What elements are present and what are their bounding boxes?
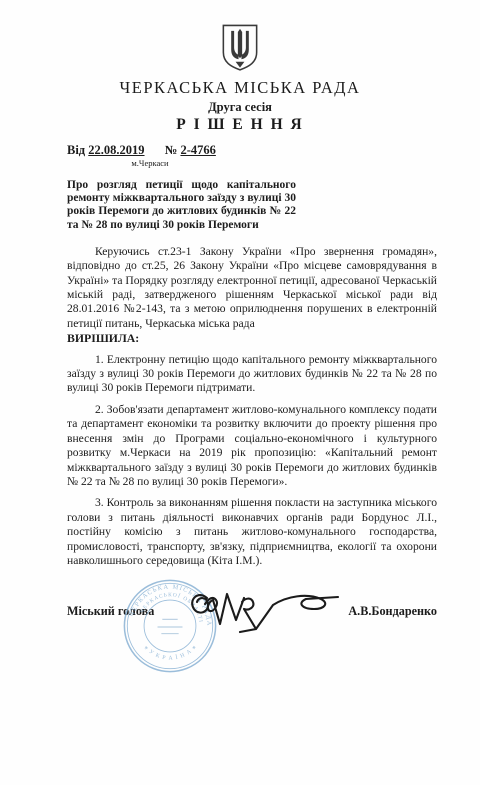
preamble-section: Керуючись ст.23-1 Закону України «Про зв… (67, 245, 437, 346)
resolution-item-2: 2. Зобов'язати департамент житлово-комун… (67, 403, 437, 489)
date-label: Від (67, 143, 85, 157)
organization-name: ЧЕРКАСЬКА МІСЬКА РАДА (43, 78, 437, 98)
document-city: м.Черкаси (109, 158, 191, 168)
document-header: ЧЕРКАСЬКА МІСЬКА РАДА Друга сесія Р І Ш … (43, 24, 437, 134)
signature-block: ЧЕРКАСЬКА МІСЬКА РАДА ЧЕРКАСЬКОЇ ОБЛАСТІ… (67, 584, 437, 704)
ukraine-trident-icon (219, 24, 261, 71)
resolution-item-1: 1. Електронну петицію щодо капітального … (67, 353, 437, 396)
mayor-signature-scribble (189, 570, 341, 644)
document-meta-row: Від 22.08.2019 № 2-4766 м.Черкаси (67, 143, 437, 168)
stamp-center-marks (158, 620, 183, 634)
document-number: 2-4766 (180, 143, 215, 157)
preamble-paragraph: Керуючись ст.23-1 Закону України «Про зв… (67, 245, 437, 331)
resolved-label: ВИРІШИЛА: (67, 331, 437, 345)
signer-name: А.В.Бондаренко (348, 604, 437, 619)
stamp-bottom-text: ⚹ У К Р А Ї Н А ⚹ (143, 644, 199, 662)
document-date: 22.08.2019 (88, 143, 144, 157)
subject-block: Про розгляд петиції щодо капітального ре… (67, 179, 296, 232)
number-label: № (165, 143, 178, 157)
resolution-item-3: 3. Контроль за виконанням рішення поклас… (67, 496, 437, 568)
session-title: Друга сесія (43, 100, 437, 115)
svg-text:⚹ У К Р А Ї Н А ⚹: ⚹ У К Р А Ї Н А ⚹ (143, 644, 199, 662)
decision-document-page: ЧЕРКАСЬКА МІСЬКА РАДА Друга сесія Р І Ш … (0, 0, 480, 785)
document-type-title: Р І Ш Е Н Н Я (43, 116, 437, 134)
